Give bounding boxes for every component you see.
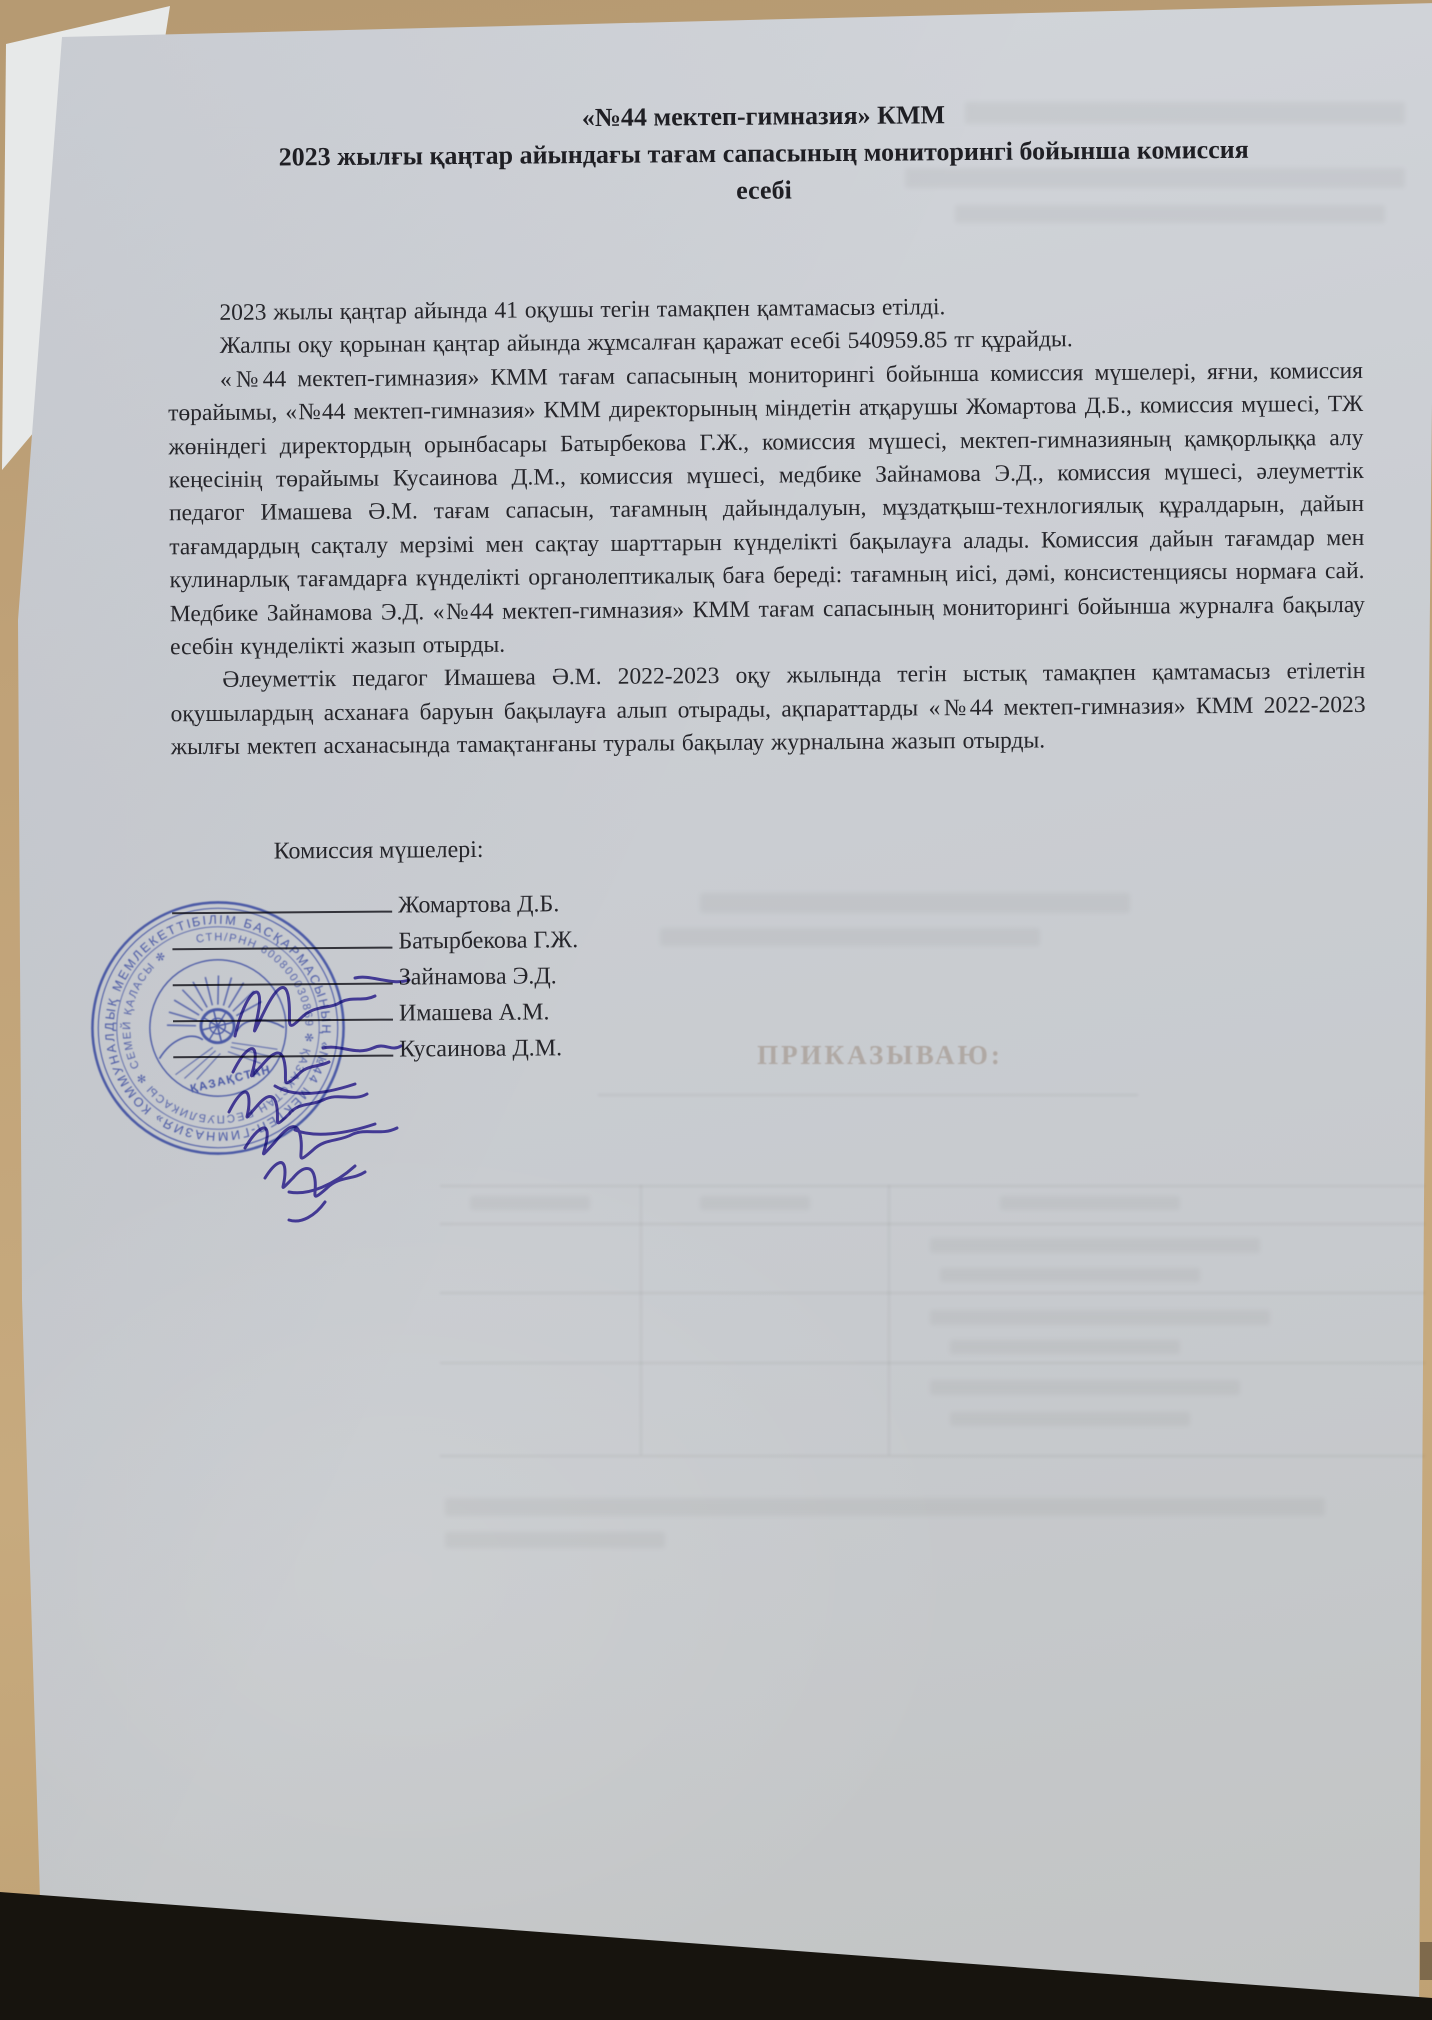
- signatory-name: Батырбекова Г.Ж.: [398, 927, 578, 954]
- document-title: «№44 мектеп-гимназия» КММ 2023 жылғы қаң…: [166, 93, 1362, 213]
- paragraph-4: Әлеуметтік педагог Имашева Ә.М. 2022-202…: [170, 655, 1366, 765]
- handwritten-signatures: [205, 952, 535, 1242]
- commission-members-label: Комиссия мүшелері:: [274, 830, 1367, 866]
- paragraph-3: «№44 мектеп-гимназия» КММ тағам сапасыны…: [168, 355, 1365, 665]
- signature-scribble: [235, 977, 409, 1036]
- signatory-name: Жомартова Д.Б.: [398, 891, 559, 918]
- signature-scribble: [233, 1046, 401, 1093]
- signature-scribble: [245, 1127, 397, 1193]
- photo-of-document: ПРИКАЗЫВАЮ: «№44 мектеп-гимназия» КММ 20…: [0, 0, 1432, 2020]
- signature-scribble: [229, 1092, 375, 1134]
- table-edge-notch: [1420, 1942, 1432, 1980]
